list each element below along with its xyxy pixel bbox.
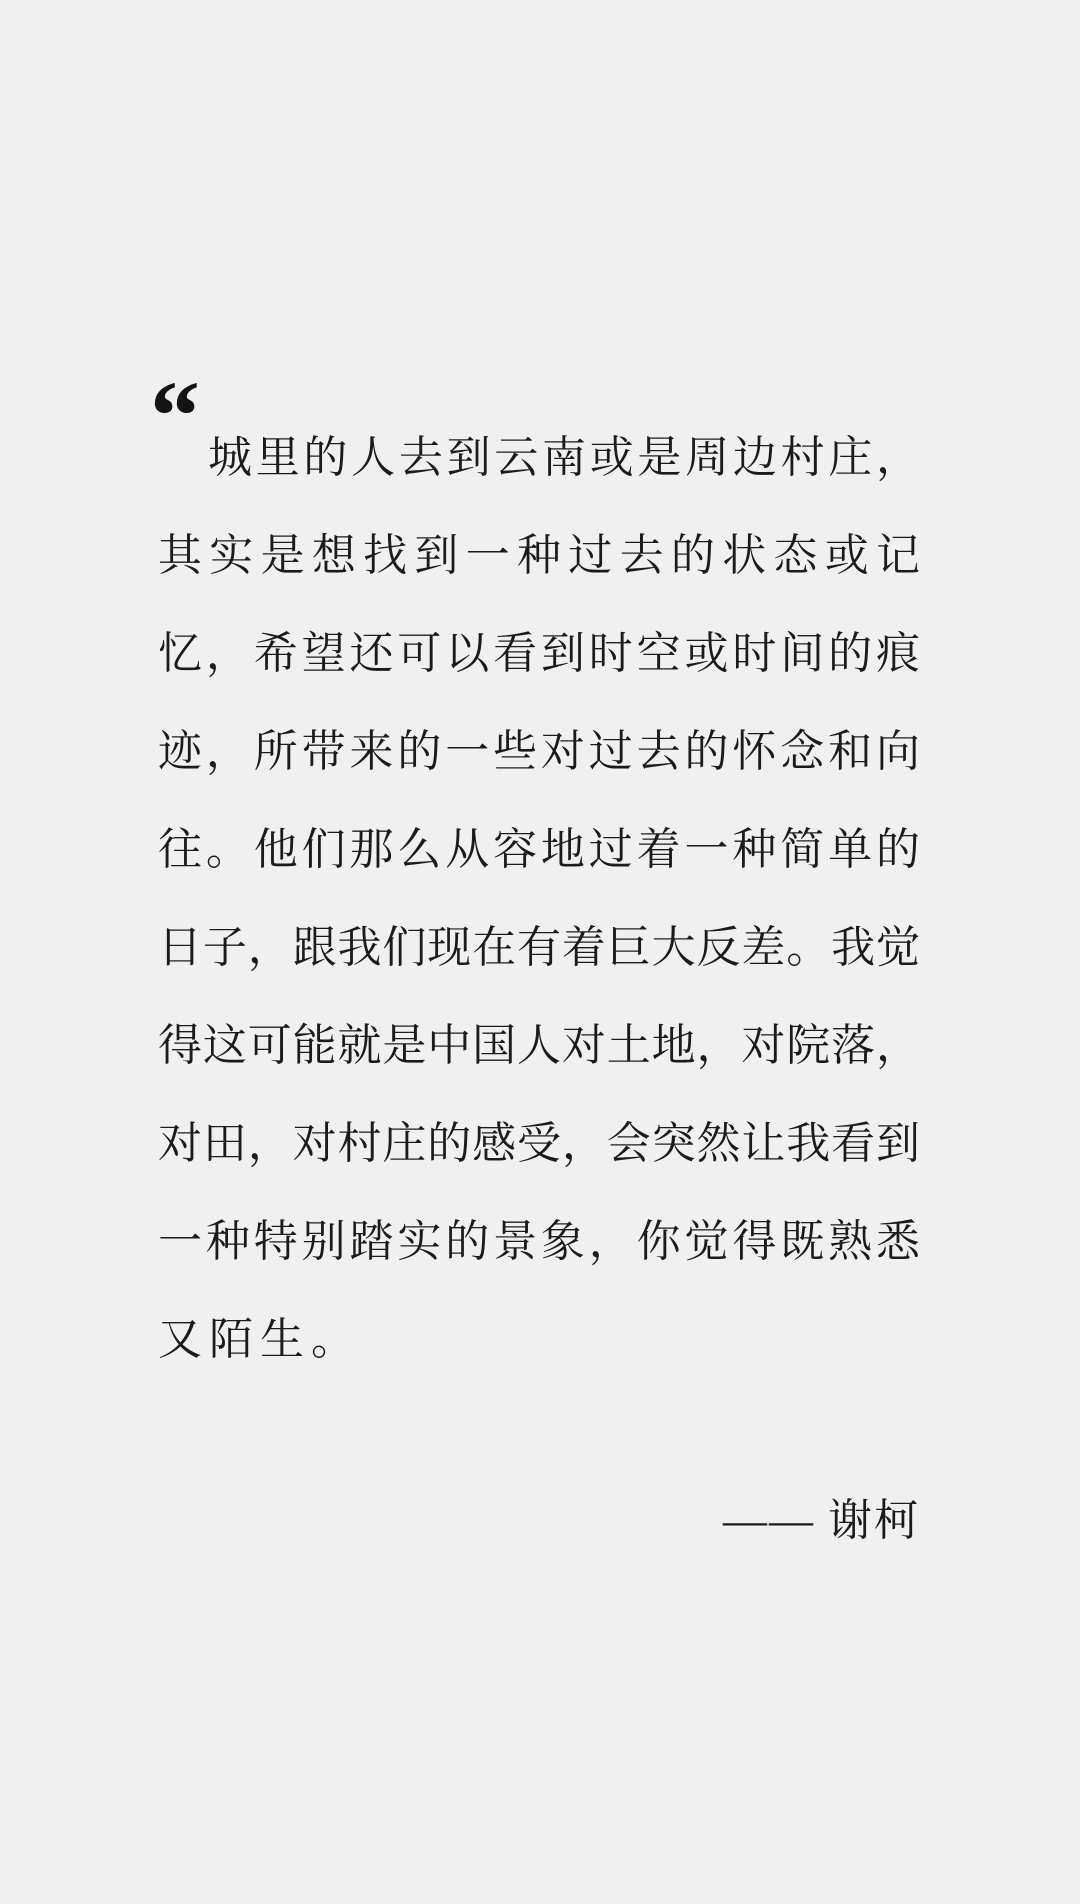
quote-text-block: 城里的人去到云南或是周边村庄， 其实是想找到一种过去的状态或记 忆，希望还可以看… <box>158 409 920 1389</box>
quote-line-7: 得这可能就是中国人对土地，对院落， <box>158 997 920 1095</box>
quote-card: “ 城里的人去到云南或是周边村庄， 其实是想找到一种过去的状态或记 忆，希望还可… <box>0 0 1080 1904</box>
quote-attribution: —— 谢柯 <box>723 1472 920 1570</box>
quote-line-1: 城里的人去到云南或是周边村庄， <box>158 409 920 507</box>
quote-line-6: 日子，跟我们现在有着巨大反差。我觉 <box>158 899 920 997</box>
quote-line-3: 忆，希望还可以看到时空或时间的痕 <box>158 605 920 703</box>
quote-line-4: 迹，所带来的一些对过去的怀念和向 <box>158 703 920 801</box>
quote-line-9: 一种特别踏实的景象，你觉得既熟悉 <box>158 1193 920 1291</box>
quote-line-2: 其实是想找到一种过去的状态或记 <box>158 507 920 605</box>
quote-line-10: 又陌生。 <box>158 1291 920 1389</box>
quote-line-8: 对田，对村庄的感受，会突然让我看到 <box>158 1095 920 1193</box>
quote-line-5: 往。他们那么从容地过着一种简单的 <box>158 801 920 899</box>
